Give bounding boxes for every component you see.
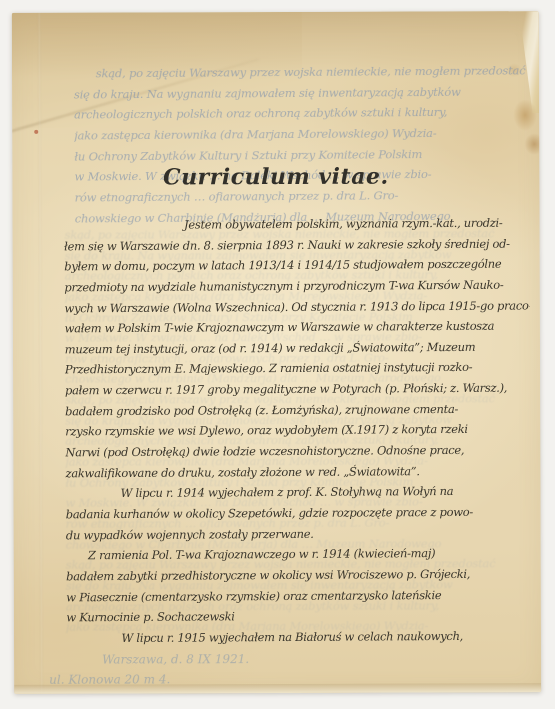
body-line: muzeum tej instytucji, oraz (od r. 1914)…: [65, 336, 530, 359]
body-line: wałem w Polskim T-wie Krajoznawczym w Wa…: [65, 316, 530, 339]
body-line: W lipcu r. 1914 wyjechałem z prof. K. St…: [66, 481, 531, 504]
bleed-through-text-block: skąd, po zajęciu Warszawy przez wojska n…: [74, 60, 527, 229]
body-line: zakwalifikowane do druku, zostały złożon…: [65, 460, 530, 483]
scan-background: skąd, po zajęciu Warszawy przez wojska n…: [0, 0, 555, 709]
foxing-stain-2: [524, 133, 541, 155]
body-line: pałem w czerwcu r. 1917 groby megalitycz…: [65, 378, 530, 401]
body-line: Narwi (pod Ostrołęką) dwie łodzie wczesn…: [65, 440, 530, 463]
handwritten-body: Jestem obywatelem polskim, wyznania rzym…: [64, 213, 532, 649]
document-title: Curriculum vitae.: [12, 163, 539, 191]
paper-sheet: skąd, po zajęciu Warszawy przez wojska n…: [12, 11, 541, 694]
body-line: badałem zabytki przedhistoryczne w okoli…: [66, 563, 531, 586]
body-line: Jestem obywatelem polskim, wyznania rzym…: [64, 213, 529, 236]
footer-annotation: Warszawa, d. 8 IX 1921. ul. Klonowa 20 m…: [12, 11, 539, 13]
left-edge-crease: [38, 13, 43, 694]
body-line: byłem w domu, poczym w latach 1913/14 i …: [64, 254, 529, 277]
body-line: w Kurnocinie p. Sochaczewski: [66, 605, 531, 628]
footer-date-line: Warszawa, d. 8 IX 1921.: [102, 652, 249, 667]
body-line: przedmioty na wydziale humanistycznym i …: [64, 274, 529, 297]
body-line: du wypadków wojennych zostały przerwane.: [66, 522, 531, 545]
body-line: Z ramienia Pol. T-wa Krajoznawczego w r.…: [66, 543, 531, 566]
body-line: Przedhistorycznym E. Majewskiego. Z rami…: [65, 357, 530, 380]
body-line: w Piasecznie (cmentarzysko rzymskie) ora…: [66, 584, 531, 607]
ghost-line: się do kraju. Na wygnaniu zajmowałem się…: [74, 81, 526, 105]
ghost-line: skąd, po zajęciu Warszawy przez wojska n…: [74, 60, 526, 84]
body-line: łem się w Warszawie dn. 8. sierpnia 1893…: [64, 233, 529, 256]
body-line: badałem grodzisko pod Ostrołęką (z. Łomż…: [65, 398, 530, 421]
body-line: rzysko rzymskie we wsi Dylewo, oraz wydo…: [65, 419, 530, 442]
body-line: W lipcu r. 1915 wyjechałem na Białoruś w…: [66, 625, 531, 648]
footer-address-line: ul. Klonowa 20 m 4.: [49, 672, 170, 686]
body-line: badania kurhanów w okolicy Szepetówki, g…: [66, 501, 531, 524]
body-line: wych w Warszawie (Wolna Wszechnica). Od …: [64, 295, 529, 318]
